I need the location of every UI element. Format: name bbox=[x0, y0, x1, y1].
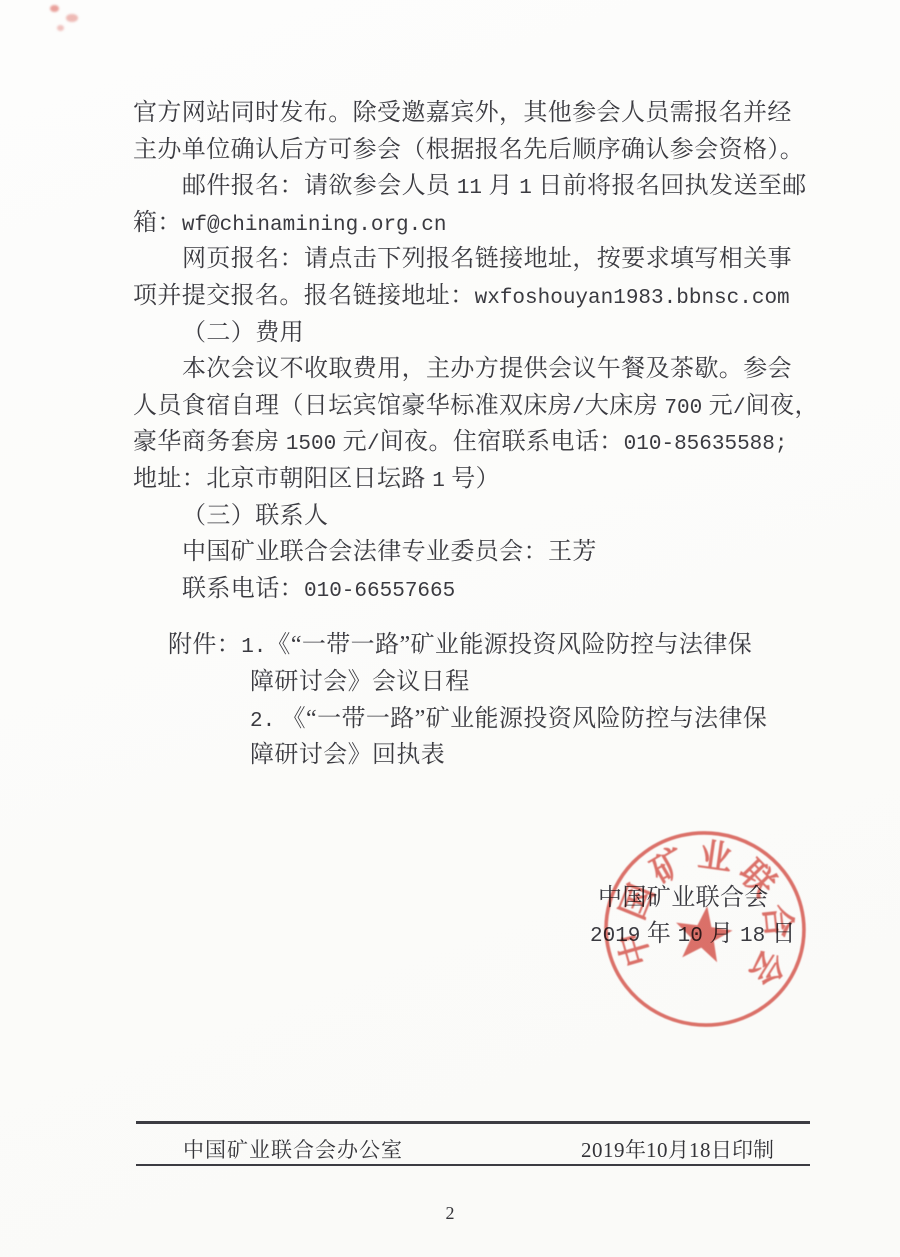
official-seal-stamp: 中 国 矿 业 联 合 会 bbox=[595, 819, 815, 1039]
body-line: 主办单位确认后方可参会（根据报名先后顺序确认参会资格）。 bbox=[133, 132, 823, 169]
body-line: 本次会议不收取费用，主办方提供会议午餐及茶歇。参会 bbox=[133, 351, 823, 388]
body-line: 联系电话：010-66557665 bbox=[133, 571, 823, 608]
body-line: 人员食宿自理（日坛宾馆豪华标准双床房/大床房 700 元/间夜， bbox=[133, 388, 823, 425]
footer-version-note: 中国矿业联合会办公室 2019年10月18日印制 bbox=[136, 1121, 810, 1166]
document-page: 官方网站同时发布。除受邀嘉宾外，其他参会人员需报名并经主办单位确认后方可参会（根… bbox=[0, 0, 900, 1257]
body-line: 官方网站同时发布。除受邀嘉宾外，其他参会人员需报名并经 bbox=[133, 95, 823, 132]
body-line: 网页报名：请点击下列报名链接地址，按要求填写相关事 bbox=[133, 241, 823, 278]
section-heading: （二）费用 bbox=[133, 315, 823, 352]
attachment-line: 2. 《“一带一路”矿业能源投资风险防控与法律保 bbox=[133, 701, 823, 738]
seal-star-icon bbox=[671, 902, 735, 964]
seal-ring-char: 业 bbox=[696, 837, 735, 878]
attachment-line: 附件：1.《“一带一路”矿业能源投资风险防控与法律保 bbox=[133, 627, 823, 664]
scan-artifact bbox=[66, 14, 78, 22]
body-line: 中国矿业联合会法律专业委员会：王芳 bbox=[133, 534, 823, 571]
seal-ring-char: 中 bbox=[612, 927, 658, 970]
scan-artifact bbox=[57, 25, 64, 31]
seal-ring-char: 国 bbox=[614, 879, 662, 925]
page-number: 2 bbox=[0, 1203, 900, 1224]
body-line: 邮件报名：请欲参会人员 11 月 1 日前将报名回执发送至邮 bbox=[133, 168, 823, 205]
attachment-line: 障研讨会》回执表 bbox=[133, 737, 823, 774]
footer-office: 中国矿业联合会办公室 bbox=[183, 1138, 403, 1164]
body-line-email: 箱：wf@chinamining.org.cn bbox=[133, 205, 823, 242]
footer-print-date: 2019年10月18日印制 bbox=[581, 1138, 774, 1164]
body-line: 豪华商务套房 1500 元/间夜。住宿联系电话：010-85635588; bbox=[133, 424, 823, 461]
body-line-url: 项并提交报名。报名链接地址：wxfoshouyan1983.bbnsc.com bbox=[133, 278, 823, 315]
scan-artifact bbox=[50, 5, 59, 12]
spacer bbox=[133, 607, 823, 627]
attachment-line: 障研讨会》会议日程 bbox=[133, 664, 823, 701]
section-heading: （三）联系人 bbox=[133, 498, 823, 535]
body-line: 地址：北京市朝阳区日坛路 1 号） bbox=[133, 461, 823, 498]
seal-ring-char: 合 bbox=[756, 903, 797, 941]
